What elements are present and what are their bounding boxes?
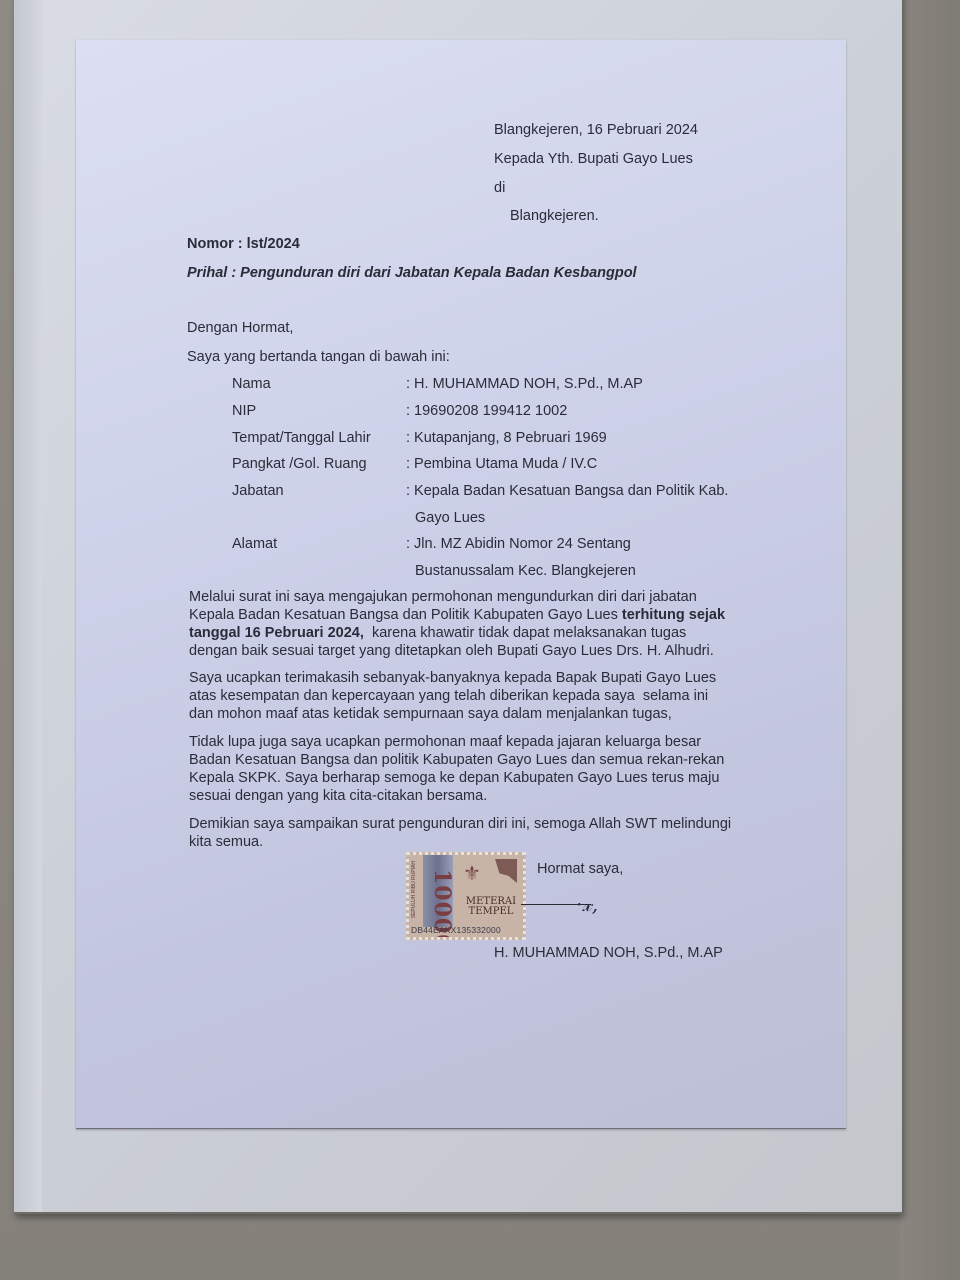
identity-value: : Pembina Utama Muda / IV.C — [406, 456, 597, 472]
map-shape-icon — [495, 859, 517, 883]
recipient-line: Kepada Yth. Bupati Gayo Lues — [494, 151, 693, 167]
letter-subject: Prihal : Pengunduran diri dari Jabatan K… — [187, 265, 637, 281]
meterai-stamp: SEPULUH RIBU RUPIAH 10000 ⚜ METERAI TEMP… — [406, 852, 526, 940]
paragraph-line: Kepala SKPK. Saya berharap semoga ke dep… — [189, 769, 749, 787]
identity-value: : 19690208 199412 1002 — [406, 403, 567, 419]
stamp-title: METERAI TEMPEL — [461, 897, 521, 917]
identity-value: : Jln. MZ Abidin Nomor 24 Sentang — [406, 536, 631, 552]
folder-edge-shade — [14, 0, 42, 1212]
paragraph-line: Tidak lupa juga saya ucapkan permohonan … — [189, 733, 749, 751]
background-wall — [900, 0, 960, 1280]
identity-label: Tempat/Tanggal Lahir — [232, 430, 371, 446]
place-date: Blangkejeren, 16 Pebruari 2024 — [494, 122, 698, 138]
greeting: Dengan Hormat, — [187, 320, 293, 336]
paragraph-apology: Tidak lupa juga saya ucapkan permohonan … — [189, 733, 749, 805]
identity-value: : Kutapanjang, 8 Pebruari 1969 — [406, 430, 607, 446]
identity-label: Pangkat /Gol. Ruang — [232, 456, 367, 472]
closing-salutation: Hormat saya, — [537, 861, 623, 877]
paragraph-line: Saya ucapkan terimakasih sebanyak-banyak… — [189, 669, 749, 687]
recipient-city: Blangkejeren. — [510, 208, 599, 224]
paragraph-line: tanggal 16 Pebruari 2024, karena khawati… — [189, 624, 749, 642]
identity-value-continued: Bustanussalam Kec. Blangkejeren — [415, 563, 636, 579]
bold-text-run: tanggal 16 Pebruari 2024, — [189, 625, 364, 641]
paragraph-line: kita semua. — [189, 833, 789, 851]
paragraph-line: dengan baik sesuai target yang ditetapka… — [189, 642, 749, 660]
stamp-title-line: TEMPEL — [461, 907, 521, 917]
paragraph-resignation: Melalui surat ini saya mengajukan permoh… — [189, 588, 749, 660]
identity-value: : H. MUHAMMAD NOH, S.Pd., M.AP — [406, 376, 643, 392]
signature: ·𝓍, — [576, 892, 598, 916]
paragraph-line: atas kesempatan dan kepercayaan yang tel… — [189, 687, 749, 705]
signatory-name: H. MUHAMMAD NOH, S.Pd., M.AP — [494, 945, 723, 961]
bold-text-run: terhitung sejak — [622, 607, 725, 623]
identity-label: Nama — [232, 376, 271, 392]
text-run: karena khawatir tidak dapat melaksanakan… — [364, 625, 686, 641]
identity-value: : Kepala Badan Kesatuan Bangsa dan Polit… — [406, 483, 728, 499]
identity-label: Jabatan — [232, 483, 284, 499]
intro-line: Saya yang bertanda tangan di bawah ini: — [187, 349, 450, 365]
identity-value-continued: Gayo Lues — [415, 510, 485, 526]
stamp-side-text: SEPULUH RIBU RUPIAH — [411, 861, 417, 918]
letter-page: Blangkejeren, 16 Pebruari 2024 Kepada Yt… — [76, 40, 846, 1129]
identity-label: Alamat — [232, 536, 277, 552]
paragraph-line: Badan Kesatuan Bangsa dan politik Kabupa… — [189, 751, 749, 769]
paragraph-line: Melalui surat ini saya mengajukan permoh… — [189, 588, 749, 606]
paragraph-line: sesuai dengan yang kita cita-citakan ber… — [189, 787, 749, 805]
paragraph-line: dan mohon maaf atas ketidak sempurnaan s… — [189, 705, 749, 723]
paragraph-line: Demikian saya sampaikan surat pengundura… — [189, 815, 789, 833]
identity-label: NIP — [232, 403, 256, 419]
paragraph-thanks: Saya ucapkan terimakasih sebanyak-banyak… — [189, 669, 749, 723]
stamp-serial: DB44EAKX135332000 — [411, 925, 501, 935]
text-run: Kepala Badan Kesatuan Bangsa dan Politik… — [189, 607, 622, 623]
paragraph-line: Kepala Badan Kesatuan Bangsa dan Politik… — [189, 606, 749, 624]
paragraph-closing: Demikian saya sampaikan surat pengundura… — [189, 815, 789, 851]
garuda-emblem-icon: ⚜ — [461, 861, 483, 887]
letter-number: Nomor : lst/2024 — [187, 236, 300, 252]
recipient-di: di — [494, 180, 505, 196]
